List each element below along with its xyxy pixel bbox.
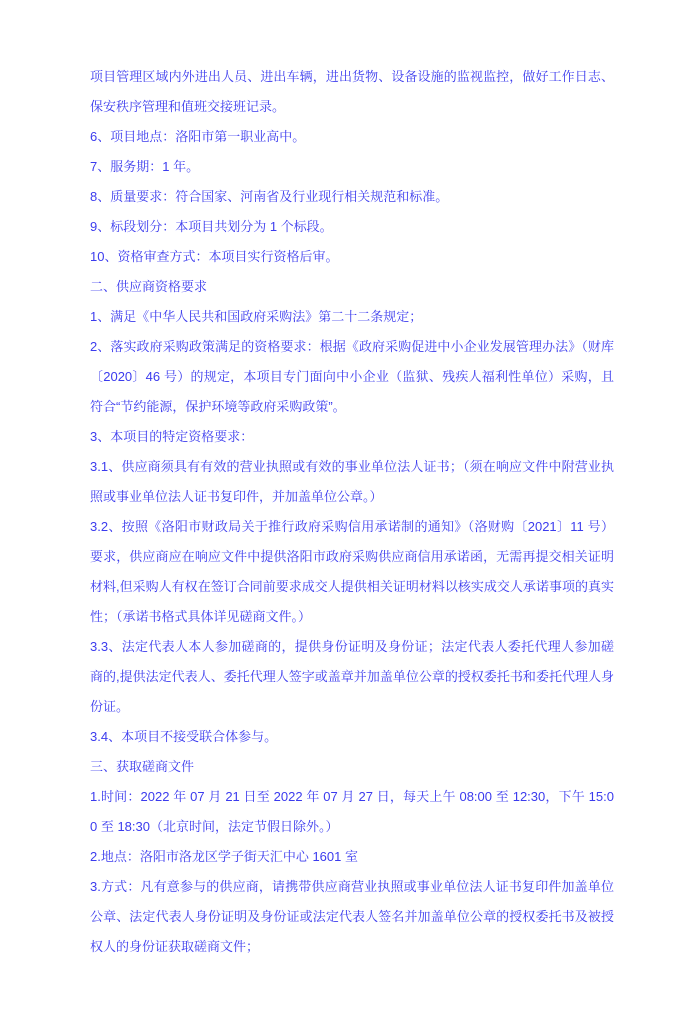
section-heading-supplier-qualification: 二、供应商资格要求 <box>90 272 614 302</box>
obtain-item-location: 2.地点：洛阳市洛龙区学子街天汇中心 1601 室 <box>90 842 614 872</box>
item-bid-section-division: 9、标段划分：本项目共划分为 1 个标段。 <box>90 212 614 242</box>
supplier-item-specific-qualification: 3、本项目的特定资格要求： <box>90 422 614 452</box>
supplier-item-credit-commitment: 3.2、按照《洛阳市财政局关于推行政府采购信用承诺制的通知》（洛财购〔2021〕… <box>90 512 614 632</box>
item-project-location: 6、项目地点：洛阳市第一职业高中。 <box>90 122 614 152</box>
document-page: 项目管理区域内外进出人员、进出车辆，进出货物、设备设施的监视监控，做好工作日志、… <box>0 0 688 1033</box>
obtain-item-time: 1.时间：2022 年 07 月 21 日至 2022 年 07 月 27 日，… <box>90 782 614 842</box>
supplier-item-law-article22: 1、满足《中华人民共和国政府采购法》第二十二条规定； <box>90 302 614 332</box>
item-service-period: 7、服务期：1 年。 <box>90 152 614 182</box>
supplier-item-policy-requirement: 2、落实政府采购政策满足的资格要求：根据《政府采购促进中小企业发展管理办法》（财… <box>90 332 614 422</box>
supplier-item-no-consortium: 3.4、本项目不接受联合体参与。 <box>90 722 614 752</box>
obtain-item-method: 3.方式：凡有意参与的供应商，请携带供应商营业执照或事业单位法人证书复印件加盖单… <box>90 872 614 962</box>
item-quality-requirement: 8、质量要求：符合国家、河南省及行业现行相关规范和标准。 <box>90 182 614 212</box>
item-qualification-review-method: 10、资格审查方式：本项目实行资格后审。 <box>90 242 614 272</box>
supplier-item-legal-representative: 3.3、法定代表人本人参加磋商的，提供身份证明及身份证；法定代表人委托代理人参加… <box>90 632 614 722</box>
paragraph-security-duties-continuation: 项目管理区域内外进出人员、进出车辆，进出货物、设备设施的监视监控，做好工作日志、… <box>90 62 614 122</box>
supplier-item-business-license: 3.1、供应商须具有有效的营业执照或有效的事业单位法人证书；（须在响应文件中附营… <box>90 452 614 512</box>
section-heading-obtain-documents: 三、获取磋商文件 <box>90 752 614 782</box>
